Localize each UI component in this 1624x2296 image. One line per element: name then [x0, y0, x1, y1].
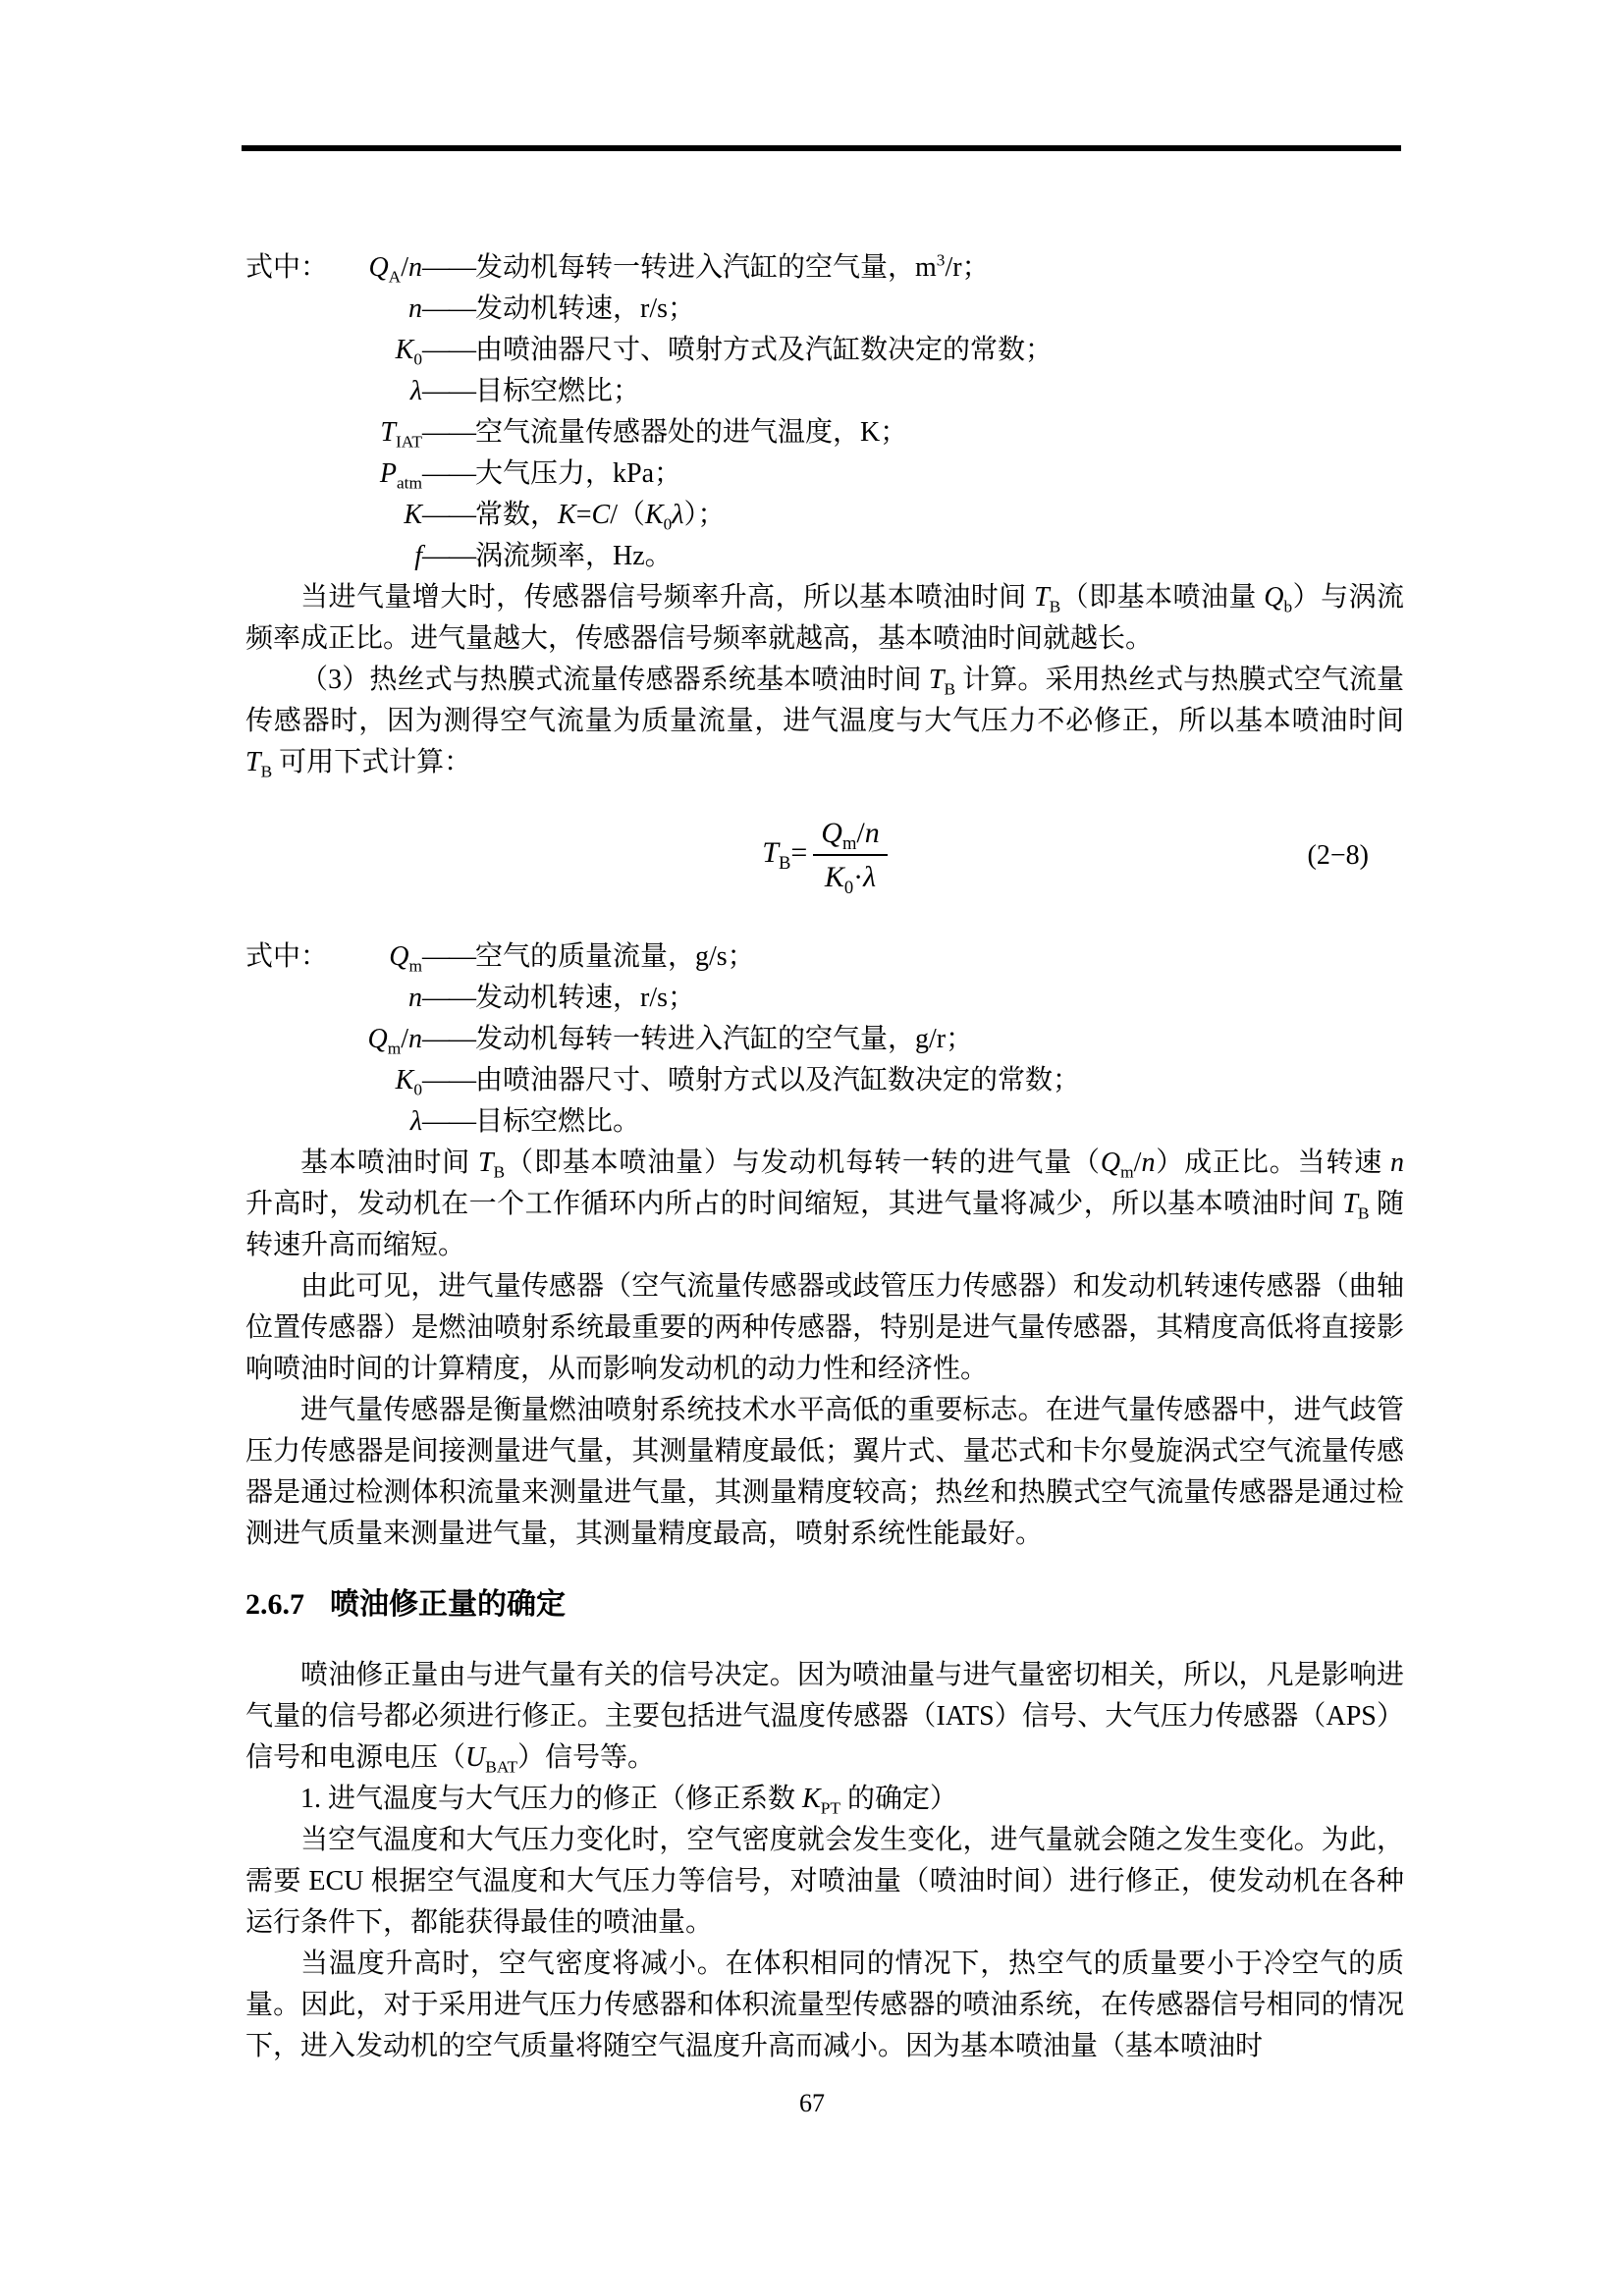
def-description: 发动机每转一转进入汽缸的空气量，m3/r； [475, 252, 990, 283]
def-symbol: K [328, 495, 422, 536]
definition-line: n——发动机转速，r/s； [245, 289, 1404, 330]
def-dash: —— [422, 417, 475, 448]
definition-line: λ——目标空燃比； [245, 371, 1404, 412]
def-symbol: λ [328, 1101, 422, 1143]
definition-line: f——涡流频率，Hz。 [245, 536, 1404, 577]
equation-number: (2−8) [1308, 835, 1369, 877]
def-symbol: Qm/n [328, 1019, 422, 1060]
def-description: 涡流频率，Hz。 [475, 541, 673, 571]
definition-line: Patm——大气压力，kPa； [245, 454, 1404, 495]
section-number: 2.6.7 [245, 1588, 304, 1621]
def-dash: —— [422, 252, 475, 283]
section-title: 喷油修正量的确定 [330, 1588, 566, 1621]
paragraph: 由此可见，进气量传感器（空气流量传感器或歧管压力传感器）和发动机转速传感器（曲轴… [245, 1266, 1404, 1390]
def-dash: —— [422, 458, 475, 489]
def-symbol: QA/n [328, 247, 422, 289]
paragraph: 当温度升高时，空气密度将减小。在体积相同的情况下，热空气的质量要小于冷空气的质量… [245, 1944, 1404, 2067]
definition-line: K0——由喷油器尺寸、喷射方式以及汽缸数决定的常数； [245, 1060, 1404, 1101]
page-number: 67 [0, 2089, 1624, 2118]
paragraph: 喷油修正量由与进气量有关的信号决定。因为喷油量与进气量密切相关，所以，凡是影响进… [245, 1655, 1404, 1779]
def-description: 常数，K=C/（K0λ）； [475, 500, 726, 530]
numbered-item: 1. 进气温度与大气压力的修正（修正系数 KPT 的确定） [245, 1779, 1404, 1820]
paragraph: 当空气温度和大气压力变化时，空气密度就会发生变化，进气量就会随之发生变化。为此，… [245, 1820, 1404, 1944]
equation-body: TB=Qm/nK0·λ [762, 815, 888, 896]
symbol-definition-list-1: 式中：QA/n——发动机每转一转进入汽缸的空气量，m3/r； n——发动机转速，… [245, 247, 1404, 577]
def-description: 发动机每转一转进入汽缸的空气量，g/r； [475, 1024, 973, 1054]
def-symbol: Qm [328, 936, 422, 978]
def-symbol: K0 [328, 330, 422, 371]
header-rule [242, 145, 1401, 151]
def-description: 大气压力，kPa； [475, 458, 681, 489]
def-description: 空气的质量流量，g/s； [475, 941, 755, 972]
def-symbol: K0 [328, 1060, 422, 1101]
paragraph: 进气量传感器是衡量燃油喷射系统技术水平高低的重要标志。在进气量传感器中，进气歧管… [245, 1390, 1404, 1555]
def-prefix: 式中： [245, 936, 328, 978]
def-description: 目标空燃比； [475, 376, 640, 406]
symbol-definition-list-2: 式中：Qm——空气的质量流量，g/s； n——发动机转速，r/s； Qm/n——… [245, 936, 1404, 1143]
fraction-denominator: K0·λ [813, 856, 887, 896]
def-description: 目标空燃比。 [475, 1106, 640, 1137]
def-prefix: 式中： [245, 247, 328, 289]
def-symbol: λ [328, 371, 422, 412]
fraction: Qm/nK0·λ [813, 815, 887, 896]
def-dash: —— [422, 1065, 475, 1095]
page-content: 式中：QA/n——发动机每转一转进入汽缸的空气量，m3/r； n——发动机转速，… [245, 247, 1404, 2067]
definition-line: λ——目标空燃比。 [245, 1101, 1404, 1143]
definition-line: 式中：Qm——空气的质量流量，g/s； [245, 936, 1404, 978]
def-dash: —— [422, 1106, 475, 1137]
paragraph: 当进气量增大时，传感器信号频率升高，所以基本喷油时间 TB（即基本喷油量 Qb）… [245, 577, 1404, 660]
def-dash: —— [422, 941, 475, 972]
equation-2-8: TB=Qm/nK0·λ (2−8) [245, 783, 1404, 936]
paragraph: 基本喷油时间 TB（即基本喷油量）与发动机每转一转的进气量（Qm/n）成正比。当… [245, 1143, 1404, 1266]
def-dash: —— [422, 541, 475, 571]
paragraph: （3）热丝式与热膜式流量传感器系统基本喷油时间 TB 计算。采用热丝式与热膜式空… [245, 660, 1404, 783]
equation-lhs: TB= [762, 836, 807, 869]
def-dash: —— [422, 335, 475, 365]
document-page: 式中：QA/n——发动机每转一转进入汽缸的空气量，m3/r； n——发动机转速，… [0, 0, 1624, 2296]
section-heading: 2.6.7喷油修正量的确定 [245, 1584, 1404, 1626]
def-dash: —— [422, 376, 475, 406]
def-description: 由喷油器尺寸、喷射方式以及汽缸数决定的常数； [475, 1065, 1080, 1095]
def-description: 发动机转速，r/s； [475, 294, 695, 324]
def-dash: —— [422, 294, 475, 324]
def-symbol: f [328, 536, 422, 577]
fraction-numerator: Qm/n [813, 815, 887, 857]
def-description: 发动机转速，r/s； [475, 983, 695, 1013]
definition-line: K——常数，K=C/（K0λ）； [245, 495, 1404, 536]
def-symbol: n [328, 289, 422, 330]
def-dash: —— [422, 1024, 475, 1054]
def-description: 由喷油器尺寸、喷射方式及汽缸数决定的常数； [475, 335, 1053, 365]
definition-line: n——发动机转速，r/s； [245, 978, 1404, 1019]
def-description: 空气流量传感器处的进气温度，K； [475, 417, 907, 448]
def-symbol: n [328, 978, 422, 1019]
definition-line: K0——由喷油器尺寸、喷射方式及汽缸数决定的常数； [245, 330, 1404, 371]
def-symbol: Patm [328, 454, 422, 495]
def-dash: —— [422, 500, 475, 530]
definition-line: TIAT——空气流量传感器处的进气温度，K； [245, 412, 1404, 454]
def-symbol: TIAT [328, 412, 422, 454]
definition-line: Qm/n——发动机每转一转进入汽缸的空气量，g/r； [245, 1019, 1404, 1060]
def-dash: —— [422, 983, 475, 1013]
definition-line: 式中：QA/n——发动机每转一转进入汽缸的空气量，m3/r； [245, 247, 1404, 289]
